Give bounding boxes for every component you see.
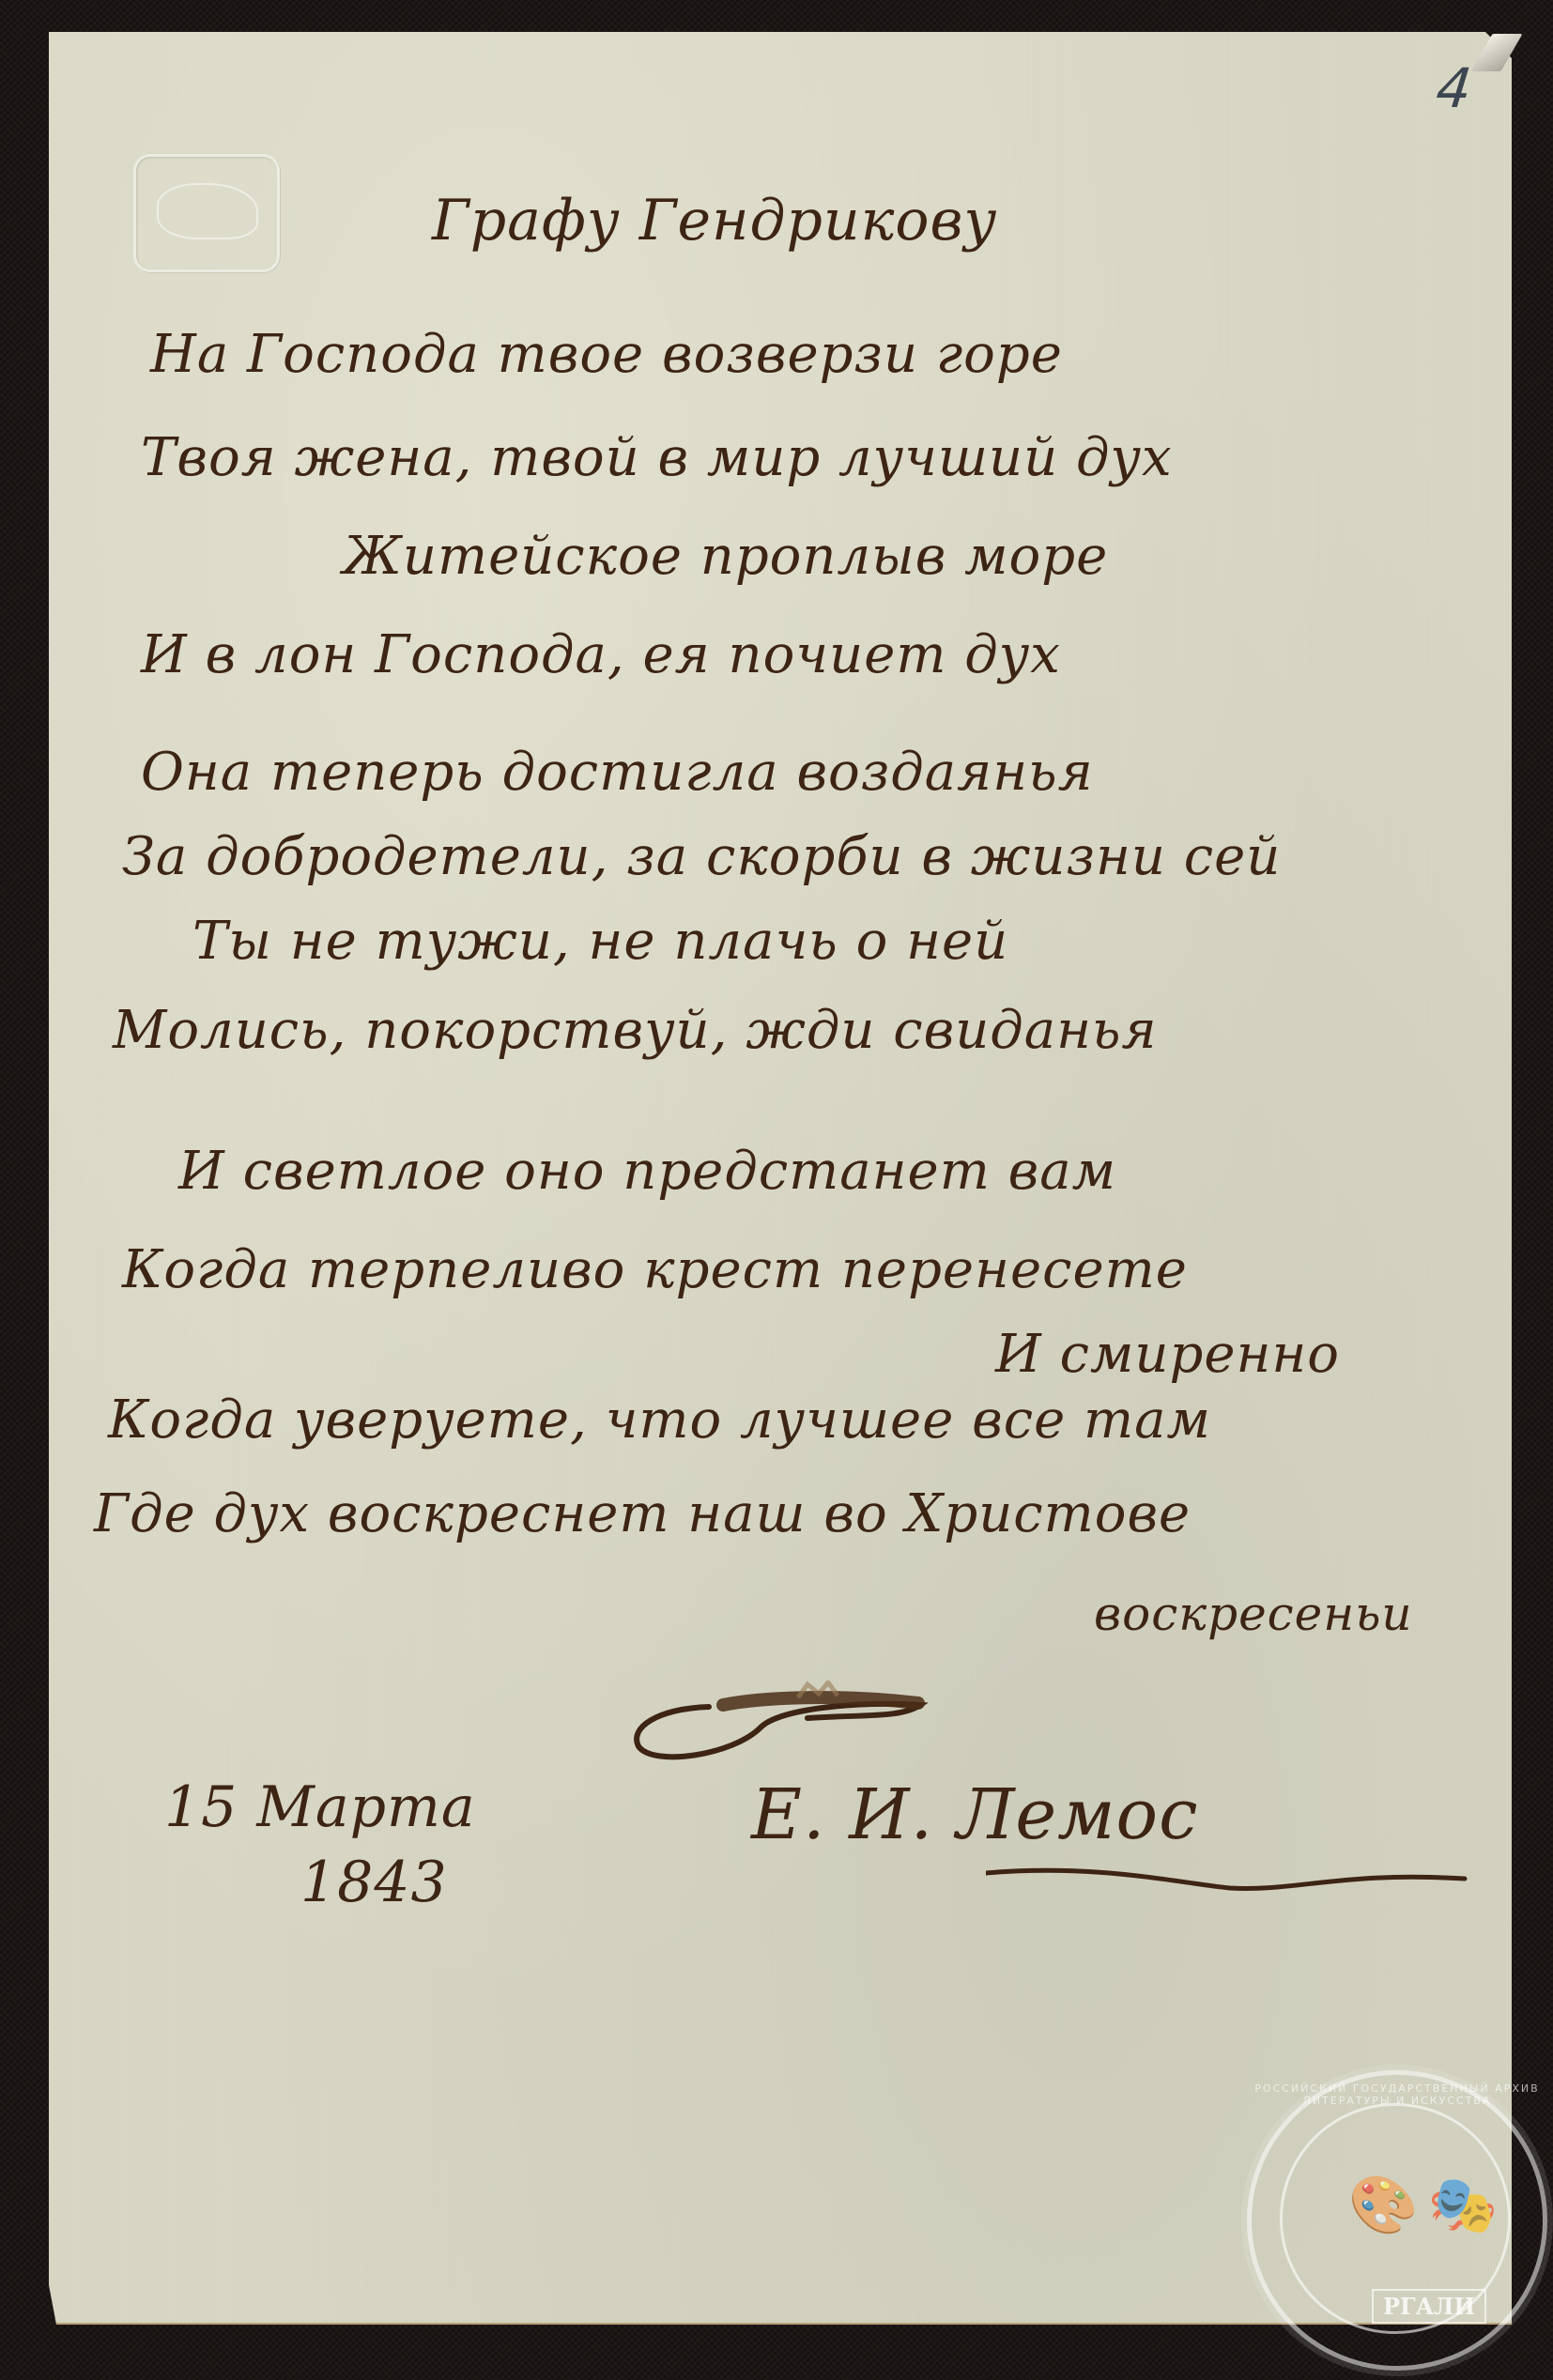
palette-mask-clef-icon: 🎨🎭 <box>1348 2172 1507 2238</box>
lion-icon <box>157 183 258 239</box>
poem-line: И в лон Господа, ея почиет дух <box>141 624 1061 685</box>
poem-line: За добродетели, за скорби в жизни сей <box>122 826 1281 887</box>
poem-line: Когда терпеливо крест перенесете <box>122 1239 1188 1300</box>
archive-seal-stamp: РОССИЙСКИЙ ГОСУДАРСТВЕННЫЙ АРХИВ ЛИТЕРАТ… <box>1247 2070 1547 2371</box>
poem-line: воскресеньи <box>1094 1587 1413 1641</box>
folio-number: 4 <box>1433 56 1474 120</box>
poem-line: Житейское проплыв море <box>343 526 1108 587</box>
seal-label: РГАЛИ <box>1372 2289 1486 2324</box>
date-year: 1843 <box>300 1850 448 1915</box>
letter-title: Графу Гендрикову <box>432 188 997 253</box>
ink-flourish-icon <box>620 1681 930 1765</box>
poem-line: Когда уверуете, что лучшее все там <box>108 1390 1211 1451</box>
poem-line: Твоя жена, твой в мир лучший дух <box>141 427 1173 488</box>
signature: Е. И. Лемос <box>751 1774 1199 1855</box>
poem-line: Молись, покорствуй, жди свиданья <box>113 1000 1158 1061</box>
poem-line: На Господа твое возверзи горе <box>150 324 1063 385</box>
date-day-month: 15 Марта <box>164 1774 476 1840</box>
poem-line: И светлое оно предстанет вам <box>178 1141 1116 1202</box>
signature-underline-icon <box>986 1854 1474 1892</box>
seal-inner-ring: 🎨🎭 РГАЛИ <box>1280 2103 1511 2334</box>
poem-line: Где дух воскреснет наш во Христове <box>94 1483 1191 1544</box>
poem-line: Она теперь достигла воздаянья <box>141 742 1094 803</box>
poem-line: Ты не тужи, не плачь о ней <box>192 911 1008 972</box>
lion-emboss-stamp-icon <box>133 154 280 272</box>
poem-line: И смиренно <box>995 1324 1340 1385</box>
